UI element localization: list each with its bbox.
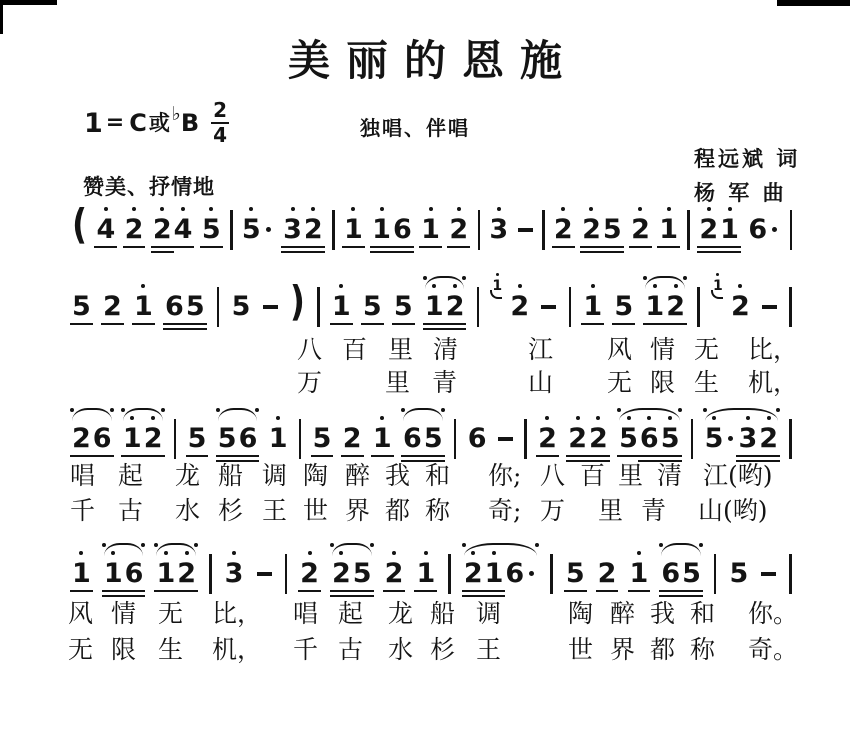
- note-digit: 2: [731, 293, 750, 320]
- lyric-syllable: 限: [111, 636, 136, 664]
- duration-underline: [370, 246, 393, 249]
- lyric-syllable: 比，: [212, 600, 262, 628]
- lyric-syllable: 山: [528, 369, 553, 397]
- note: 1: [269, 425, 288, 452]
- duration-underline: [298, 590, 321, 593]
- augmentation-dot: [728, 436, 733, 441]
- lyricist-credit: 程远斌 词: [694, 143, 800, 173]
- octave-dot: [627, 416, 631, 420]
- note-digit: 1: [421, 216, 440, 243]
- octave-dot: [164, 551, 168, 555]
- note-digit: 2: [343, 425, 362, 452]
- note: 4: [174, 216, 193, 243]
- octave-dot: [79, 551, 83, 555]
- duration-dash: [498, 437, 513, 442]
- barline: [448, 554, 451, 594]
- barline: [550, 554, 553, 594]
- duration-underline: [680, 590, 703, 593]
- key-letter-c: C: [129, 111, 147, 135]
- lyric-syllable: 世: [303, 497, 328, 525]
- lyric-syllable: 八: [540, 462, 565, 490]
- duration-underline: [587, 455, 610, 458]
- duration-underline: [370, 251, 393, 254]
- lyric-syllable: 奇;: [488, 497, 521, 525]
- duration-underline: [391, 251, 414, 254]
- slur-arc: [332, 543, 372, 556]
- note: 6: [93, 425, 112, 452]
- time-signature-denominator: 4: [213, 124, 227, 146]
- note: 5: [188, 425, 207, 452]
- note-digit: 6: [748, 216, 767, 243]
- note: 6: [393, 216, 412, 243]
- lyric-row: 千古水杉王世界都称奇;万里青山(哟): [0, 497, 850, 527]
- lyric-row: 万里青山无限生机，: [0, 369, 850, 399]
- augmentation-dot: [772, 227, 777, 232]
- music-line: (4224553211612322521216: [72, 205, 792, 243]
- duration-underline: [629, 246, 652, 249]
- note: 2: [464, 560, 483, 587]
- duration-underline: [580, 251, 603, 254]
- lyric-syllable: 青: [641, 497, 666, 525]
- note-digit: 5: [603, 216, 622, 243]
- duration-underline: [70, 323, 93, 326]
- barline: [524, 419, 527, 459]
- note-digit: 2: [554, 216, 573, 243]
- note: 5: [186, 293, 205, 320]
- duration-underline: [628, 590, 651, 593]
- note: 1: [72, 560, 91, 587]
- octave-dot: [591, 284, 595, 288]
- duration-underline: [596, 590, 619, 593]
- duration-underline: [302, 246, 325, 249]
- lyric-syllable: 醉: [345, 462, 370, 490]
- lyric-syllable: 青: [432, 369, 457, 397]
- duration-underline: [175, 590, 198, 593]
- octave-dot: [492, 551, 496, 555]
- lyric-syllable: 船: [218, 462, 243, 490]
- barline: [542, 210, 545, 250]
- lyric-syllable: 唱: [293, 600, 318, 628]
- note-digit: 5: [705, 425, 724, 452]
- octave-dot: [308, 551, 312, 555]
- barline: [691, 419, 694, 459]
- note: 5: [682, 560, 701, 587]
- slur-group: 12: [645, 293, 685, 320]
- note: 6: [125, 560, 144, 587]
- octave-dot: [429, 207, 433, 211]
- barline: [714, 554, 717, 594]
- lyric-syllable: 水: [388, 636, 413, 664]
- barline: [478, 210, 481, 250]
- octave-dot: [276, 416, 280, 420]
- note: 5: [353, 560, 372, 587]
- grace-hook: [490, 290, 502, 299]
- key-equals: =: [106, 112, 124, 134]
- note: 1: [630, 560, 649, 587]
- lyric-syllable: 你。: [748, 600, 798, 628]
- barline: [697, 287, 700, 327]
- slur-arc: [104, 543, 144, 556]
- duration-underline: [102, 590, 125, 593]
- lyric-syllable: 船: [430, 600, 455, 628]
- octave-dot: [380, 416, 384, 420]
- note-digit: 5: [682, 560, 701, 587]
- note-digit: 1: [720, 216, 739, 243]
- duration-underline: [581, 323, 604, 326]
- lyric-syllable: 里: [618, 462, 643, 490]
- duration-underline: [361, 323, 384, 326]
- duration-underline: [680, 595, 703, 598]
- duration-underline: [132, 323, 155, 326]
- octave-dot: [596, 416, 600, 420]
- duration-underline: [757, 455, 780, 458]
- octave-dot: [545, 416, 549, 420]
- barline: [217, 287, 220, 327]
- note-digit: 2: [304, 216, 323, 243]
- grace-hook: [711, 290, 723, 299]
- barline: [299, 419, 302, 459]
- duration-underline: [302, 251, 325, 254]
- lyric-syllable: 醉: [610, 600, 635, 628]
- note: 2: [385, 560, 404, 587]
- lyric-syllable: 起: [338, 600, 363, 628]
- scan-artifact-top-left: [0, 0, 57, 5]
- barline: [789, 419, 792, 459]
- note: 3: [738, 425, 757, 452]
- octave-dot: [653, 284, 657, 288]
- note-digit: 5: [730, 560, 749, 587]
- octave-dot: [561, 207, 565, 211]
- note: 6: [165, 293, 184, 320]
- note: 6: [640, 425, 659, 452]
- lyric-syllable: 比，: [748, 336, 798, 364]
- lyric-syllable: 千: [293, 636, 318, 664]
- note: 2: [598, 560, 617, 587]
- note: 5: [363, 293, 382, 320]
- note-digit: 1: [373, 425, 392, 452]
- music-line: 11612322521216521655: [72, 549, 792, 587]
- lyric-syllable: 无: [68, 636, 93, 664]
- duration-underline: [94, 246, 117, 249]
- octave-dot: [249, 207, 253, 211]
- barline: [230, 210, 233, 250]
- octave-dot: [339, 284, 343, 288]
- slur-group: 26: [72, 425, 112, 452]
- note-digit: 2: [449, 216, 468, 243]
- note-digit: 1: [72, 560, 91, 587]
- note-digit: 2: [582, 216, 601, 243]
- slur-group: 12: [123, 425, 163, 452]
- note-digit: 5: [353, 560, 372, 587]
- octave-dot: [518, 284, 522, 288]
- note-digit: 5: [614, 293, 633, 320]
- note: 5: [614, 293, 633, 320]
- augmentation-dot: [266, 227, 271, 232]
- lyric-syllable: 机，: [212, 636, 262, 664]
- note-digit: 6: [640, 425, 659, 452]
- octave-dot: [351, 207, 355, 211]
- duration-underline: [564, 590, 587, 593]
- note: 2: [568, 425, 587, 452]
- note-digit: 5: [202, 216, 221, 243]
- lyric-syllable: 调: [262, 462, 287, 490]
- note: 3: [489, 216, 508, 243]
- note-digit: 1: [332, 293, 351, 320]
- lyric-syllable: 和: [690, 600, 715, 628]
- note-digit: 6: [403, 425, 422, 452]
- note: 1: [416, 560, 435, 587]
- note: 5: [619, 425, 638, 452]
- barline: [789, 554, 792, 594]
- note-digit: 1: [645, 293, 664, 320]
- note-digit: 2: [666, 293, 685, 320]
- duration-underline: [142, 455, 165, 458]
- duration-dash: [541, 305, 556, 310]
- duration-underline: [659, 595, 682, 598]
- duration-underline: [351, 595, 374, 598]
- lyric-syllable: 界: [345, 497, 370, 525]
- duration-underline: [697, 251, 720, 254]
- octave-dot: [104, 207, 108, 211]
- lyric-syllable: 万: [297, 369, 322, 397]
- duration-underline: [281, 251, 304, 254]
- duration-dash: [257, 572, 272, 577]
- lyric-syllable: 奇。: [748, 636, 798, 664]
- lyric-syllable: 起: [118, 462, 143, 490]
- note-digit: 1: [123, 425, 142, 452]
- note: 2: [343, 425, 362, 452]
- note: 6: [403, 425, 422, 452]
- beam-group: 65: [165, 293, 205, 320]
- octave-dot: [141, 284, 145, 288]
- music-line: 26125561521656222565532: [72, 414, 792, 452]
- note: 2: [125, 216, 144, 243]
- duration-underline: [383, 590, 406, 593]
- duration-underline: [151, 246, 174, 249]
- note-digit: 5: [188, 425, 207, 452]
- note: 2: [144, 425, 163, 452]
- duration-underline: [422, 455, 445, 458]
- lyric-syllable: 机，: [748, 369, 798, 397]
- duration-underline: [184, 323, 207, 326]
- duration-underline: [657, 246, 680, 249]
- note: 2: [631, 216, 650, 243]
- duration-underline: [601, 251, 624, 254]
- note-digit: 2: [699, 216, 718, 243]
- lyric-syllable: 世: [568, 636, 593, 664]
- lyric-syllable: 百: [342, 336, 367, 364]
- duration-underline: [423, 328, 446, 331]
- note-digit: 1: [344, 216, 363, 243]
- lyric-syllable: 限: [650, 369, 675, 397]
- note-digit: 2: [177, 560, 196, 587]
- octave-dot: [181, 207, 185, 211]
- duration-underline: [70, 455, 93, 458]
- octave-dot: [160, 207, 164, 211]
- duration-underline: [151, 251, 174, 254]
- note: 2: [304, 216, 323, 243]
- slur-group: 56: [218, 425, 258, 452]
- slur-group: 565: [619, 425, 679, 452]
- duration-underline: [391, 246, 414, 249]
- octave-dot: [576, 416, 580, 420]
- duration-underline: [121, 455, 144, 458]
- note: 2: [759, 425, 778, 452]
- duration-underline: [237, 455, 260, 458]
- duration-underline: [186, 455, 209, 458]
- beam-group: 22: [568, 425, 608, 452]
- duration-underline: [612, 323, 635, 326]
- lyric-syllable: 生: [158, 636, 183, 664]
- barline: [285, 554, 288, 594]
- lyric-syllable: 你;: [488, 462, 521, 490]
- note-digit: 5: [72, 293, 91, 320]
- duration-underline: [444, 323, 467, 326]
- duration-underline: [659, 590, 682, 593]
- duration-underline: [447, 246, 470, 249]
- time-signature-numerator: 2: [211, 100, 229, 124]
- duration-dash: [762, 305, 777, 310]
- duration-underline: [462, 590, 485, 593]
- note: 1: [372, 216, 391, 243]
- note: 1: [583, 293, 602, 320]
- duration-underline: [423, 323, 446, 326]
- lyric-syllable: 风: [68, 600, 93, 628]
- duration-underline: [330, 595, 353, 598]
- lyric-syllable: 唱: [70, 462, 95, 490]
- lyric-syllable: 八: [297, 336, 322, 364]
- note-digit: 5: [232, 293, 251, 320]
- note: 5: [661, 425, 680, 452]
- note: 2: [589, 425, 608, 452]
- key-or-text: 或: [149, 113, 170, 134]
- note: 5: [232, 293, 251, 320]
- octave-dot: [311, 207, 315, 211]
- note-digit: 6: [468, 425, 487, 452]
- lyric-syllable: 龙: [175, 462, 200, 490]
- note: 2: [666, 293, 685, 320]
- lyric-syllable: 界: [610, 636, 635, 664]
- augmentation-dot: [529, 571, 534, 576]
- octave-dot: [185, 551, 189, 555]
- note-digit: 2: [385, 560, 404, 587]
- octave-dot: [209, 207, 213, 211]
- scan-artifact-left-edge: [0, 0, 3, 34]
- note: 5: [705, 425, 724, 452]
- note-digit: 2: [300, 560, 319, 587]
- note-digit: 1: [156, 560, 175, 587]
- octave-dot: [707, 207, 711, 211]
- octave-dot: [767, 416, 771, 420]
- note: 1: [425, 293, 444, 320]
- slur-group: 65: [403, 425, 443, 452]
- beam-group: 32: [283, 216, 323, 243]
- slur-group: 16: [104, 560, 144, 587]
- note: 5: [424, 425, 443, 452]
- duration-underline: [483, 590, 506, 593]
- note-digit: 5: [242, 216, 261, 243]
- slur-arc: [425, 276, 465, 289]
- lyric-syllable: 清: [657, 462, 682, 490]
- lyric-syllable: 调: [476, 600, 501, 628]
- duration-underline: [163, 323, 186, 326]
- note-digit: 1: [630, 560, 649, 587]
- lyric-syllable: 王: [476, 636, 501, 664]
- duration-underline: [580, 246, 603, 249]
- duration-underline: [536, 455, 559, 458]
- octave-dot: [132, 207, 136, 211]
- note-digit: 1: [134, 293, 153, 320]
- lyric-syllable: 百: [580, 462, 605, 490]
- octave-dot: [497, 207, 501, 211]
- note-digit: 6: [393, 216, 412, 243]
- note-digit: 2: [598, 560, 617, 587]
- lyric-syllable: 万: [540, 497, 565, 525]
- barline: [789, 287, 792, 327]
- octave-dot: [667, 207, 671, 211]
- lyric-syllable: 风: [607, 336, 632, 364]
- key-signature: 1 = C 或 ♭ B 2 4: [84, 100, 229, 146]
- note-digit: 2: [464, 560, 483, 587]
- note-digit: 1: [425, 293, 444, 320]
- note-digit: 5: [218, 425, 237, 452]
- lyric-syllable: 称: [690, 636, 715, 664]
- lyric-syllable: 杉: [218, 497, 243, 525]
- note: 4: [96, 216, 115, 243]
- duration-underline: [414, 590, 437, 593]
- note: 2: [538, 425, 557, 452]
- duration-underline: [163, 328, 186, 331]
- note-digit: 5: [363, 293, 382, 320]
- grace-note: 1: [492, 279, 502, 293]
- grace-octave-dot: [716, 273, 719, 276]
- grace-octave-dot: [496, 273, 499, 276]
- note-digit: 5: [424, 425, 443, 452]
- note-digit: 2: [103, 293, 122, 320]
- duration-underline: [341, 455, 364, 458]
- time-signature: 2 4: [211, 100, 229, 146]
- note: 5: [313, 425, 332, 452]
- note: 1: [156, 560, 175, 587]
- note: 5: [72, 293, 91, 320]
- octave-dot: [589, 207, 593, 211]
- duration-underline: [351, 590, 374, 593]
- lyric-syllable: 无: [694, 336, 719, 364]
- note: 2: [554, 216, 573, 243]
- duration-underline: [718, 251, 741, 254]
- lyric-syllable: 山(哟): [698, 497, 768, 525]
- lyric-syllable: 我: [650, 600, 675, 628]
- note: 5: [730, 560, 749, 587]
- barline: [454, 419, 457, 459]
- note: 2: [103, 293, 122, 320]
- barline: [174, 419, 177, 459]
- key-tonic: 1: [84, 110, 103, 137]
- note: 21: [731, 293, 750, 320]
- lyric-syllable: 情: [111, 600, 136, 628]
- lyric-syllable: 水: [175, 497, 200, 525]
- note-digit: 2: [72, 425, 91, 452]
- duration-underline: [172, 246, 195, 249]
- note: 2: [446, 293, 465, 320]
- note-digit: 1: [659, 216, 678, 243]
- lyric-row: 风情无比，唱起龙船调陶醉我和你。: [0, 600, 850, 630]
- expression-marking: 赞美、抒情地: [83, 171, 215, 201]
- note-digit: 3: [225, 560, 244, 587]
- duration-underline: [91, 455, 114, 458]
- note: 6: [239, 425, 258, 452]
- music-line: 521655)1551221151221: [72, 282, 792, 320]
